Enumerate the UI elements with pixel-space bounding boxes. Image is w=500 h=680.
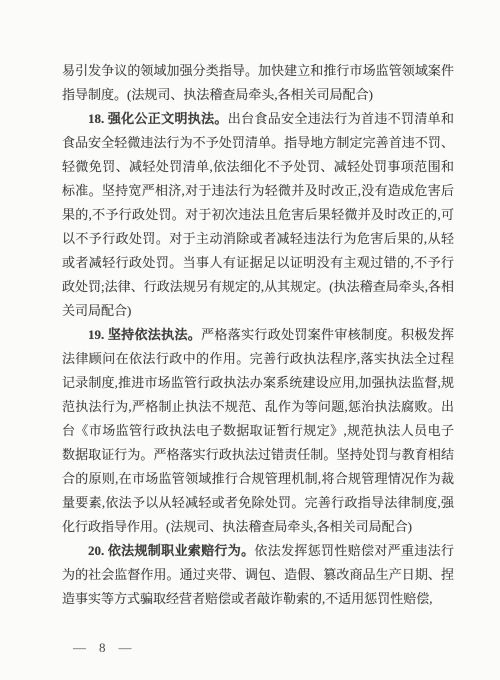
document-page: 易引发争议的领域加强分类指导。加快建立和推行市场监管领域案件指导制度。(法规司、…	[0, 0, 500, 680]
paragraph-text: 严格落实行政处罚案件审核制度。积极发挥法律顾问在依法行政中的作用。完善行政执法程…	[62, 327, 454, 534]
paragraph-continuation: 易引发争议的领域加强分类指导。加快建立和推行市场监管领域案件指导制度。(法规司、…	[62, 59, 454, 107]
document-text-block: 易引发争议的领域加强分类指导。加快建立和推行市场监管领域案件指导制度。(法规司、…	[62, 59, 454, 611]
footer-dash-right: —	[119, 636, 132, 660]
item-19-heading: 19. 坚持依法执法。	[88, 327, 201, 342]
paragraph-text: 出台食品安全违法行为首违不罚清单和食品安全轻微违法行为不予处罚清单。指导地方制定…	[62, 111, 454, 318]
paragraph-text: 易引发争议的领域加强分类指导。加快建立和推行市场监管领域案件指导制度。(法规司、…	[62, 63, 454, 102]
item-18-heading: 18. 强化公正文明执法。	[88, 111, 228, 126]
paragraph-item-18: 18. 强化公正文明执法。出台食品安全违法行为首违不罚清单和食品安全轻微违法行为…	[62, 107, 454, 323]
paragraph-item-20: 20. 依法规制职业索赔行为。依法发挥惩罚性赔偿对严重违法行为的社会监督作用。通…	[62, 539, 454, 611]
paragraph-item-19: 19. 坚持依法执法。严格落实行政处罚案件审核制度。积极发挥法律顾问在依法行政中…	[62, 323, 454, 539]
page-number: 8	[99, 636, 106, 660]
item-20-heading: 20. 依法规制职业索赔行为。	[88, 543, 254, 558]
footer-dash-left: —	[73, 636, 86, 660]
page-footer: — 8 —	[73, 636, 132, 660]
